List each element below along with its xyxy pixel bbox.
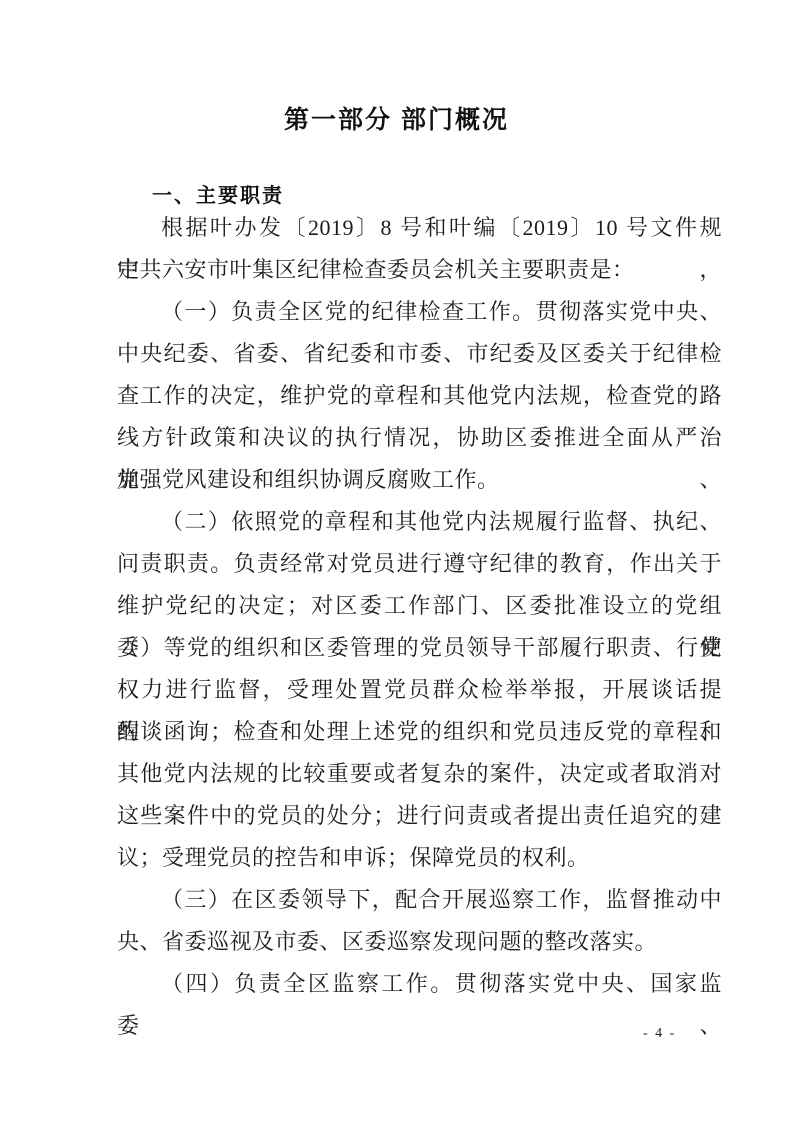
text-line: （三）在区委领导下，配合开展巡察工作，监督推动中 [117, 879, 722, 921]
text-line: 维护党纪的决定；对区委工作部门、区委批准设立的党组（党 [117, 585, 722, 627]
page-title: 第一部分 部门概况 [0, 100, 793, 136]
document-page: 第一部分 部门概况 一、主要职责 根据叶办发〔2019〕8 号和叶编〔2019〕… [0, 0, 793, 1122]
text-line: （二）依照党的章程和其他党内法规履行监督、执纪、 [117, 501, 722, 543]
text-line: 中央纪委、省委、省纪委和市委、市纪委及区委关于纪律检 [117, 333, 722, 375]
text-line: 这些案件中的党员的处分；进行问责或者提出责任追究的建 [117, 795, 722, 837]
text-line: 问责职责。负责经常对党员进行遵守纪律的教育，作出关于 [117, 543, 722, 585]
text-line: 中共六安市叶集区纪律检查委员会机关主要职责是： [117, 249, 722, 291]
text-line: 议；受理党员的控告和申诉；保障党员的权利。 [117, 837, 722, 879]
text-line: 根据叶办发〔2019〕8 号和叶编〔2019〕10 号文件规定， [117, 207, 722, 249]
text-line: （一）负责全区党的纪律检查工作。贯彻落实党中央、 [117, 291, 722, 333]
text-line: 委）等党的组织和区委管理的党员领导干部履行职责、行使 [117, 627, 722, 669]
page-number: - 4 - [643, 1026, 676, 1042]
text-line: （四）负责全区监察工作。贯彻落实党中央、国家监委、 [117, 963, 722, 1005]
section-heading: 一、主要职责 [152, 179, 284, 208]
text-line: 查工作的决定，维护党的章程和其他党内法规，检查党的路 [117, 375, 722, 417]
text-line: 权力进行监督，受理处置党员群众检举举报，开展谈话提醒、 [117, 669, 722, 711]
text-line: 约谈函询；检查和处理上述党的组织和党员违反党的章程和 [117, 711, 722, 753]
text-line: 央、省委巡视及市委、区委巡察发现问题的整改落实。 [117, 921, 722, 963]
text-line: 其他党内法规的比较重要或者复杂的案件，决定或者取消对 [117, 753, 722, 795]
document-body: 根据叶办发〔2019〕8 号和叶编〔2019〕10 号文件规定，中共六安市叶集区… [117, 207, 722, 1005]
text-line: 线方针政策和决议的执行情况，协助区委推进全面从严治党、 [117, 417, 722, 459]
